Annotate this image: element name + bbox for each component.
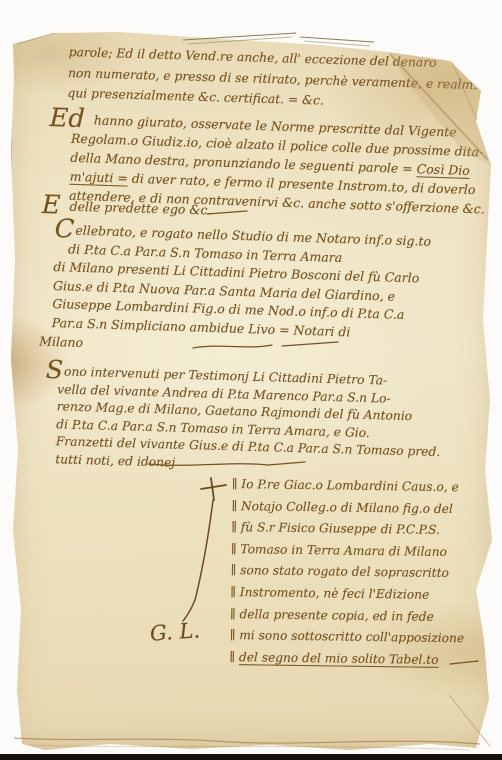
notary-signature-initials: G. L. [149, 618, 201, 645]
manuscript-paper: parole; Ed il detto Vend.re anche, all' … [0, 0, 502, 757]
handwritten-line: ∥ Instromento, nè feci l'Edizione [230, 582, 465, 607]
handwritten-line: ∥ del segno del mio solito Tabel.to [229, 647, 464, 672]
paragraph-p1: parole; Ed il detto Vend.re anche, all' … [67, 42, 485, 116]
paragraph-p3: Cellebrato, e rogato nello Studio di me … [51, 221, 431, 363]
adjacent-page-text-fragments [2, 42, 6, 524]
scanner-bed-strip [0, 754, 502, 760]
handwritten-text-layer: parole; Ed il detto Vend.re anche, all' … [0, 0, 502, 757]
manuscript-scan: parole; Ed il detto Vend.re anche, all' … [0, 0, 502, 760]
handwritten-line: ∥ fù S.r Fisico Giuseppe di P.C.P.S. [231, 517, 466, 542]
handwritten-line: ∥ Io P.re Giac.o Lombardini Caus.o, e [232, 474, 467, 499]
paragraph-att: ∥ Io P.re Giac.o Lombardini Caus.o, e∥ N… [229, 474, 466, 672]
paragraph-p4: Sono intervenuti per Testimonj Li Cittad… [43, 363, 442, 480]
handwritten-line: ∥ mi sono sottoscritto coll'apposizione [230, 625, 465, 650]
adjacent-page-edge [0, 36, 12, 530]
